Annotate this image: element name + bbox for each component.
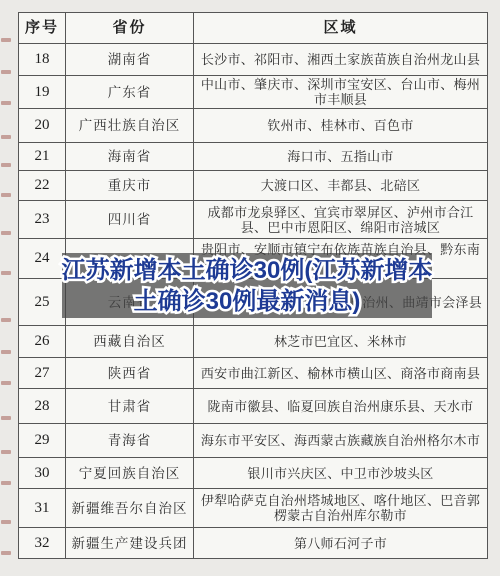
- seq-cell: 25: [19, 279, 66, 326]
- left-edge-mark: [1, 551, 11, 555]
- region-cell: 第八师石河子市: [194, 528, 488, 559]
- province-cell: 海南省: [66, 143, 194, 171]
- region-cell: 海东市平安区、海西蒙古族藏族自治州格尔木市: [194, 424, 488, 458]
- seq-cell: 27: [19, 358, 66, 389]
- table-row: 20广西壮族自治区钦州市、桂林市、百色市: [19, 109, 488, 143]
- left-edge-mark: [1, 271, 11, 275]
- left-edge-mark: [1, 193, 11, 197]
- table-row: 29青海省海东市平安区、海西蒙古族藏族自治州格尔木市: [19, 424, 488, 458]
- province-cell: 甘肃省: [66, 389, 194, 424]
- left-edge-mark: [1, 416, 11, 420]
- province-cell: 广西壮族自治区: [66, 109, 194, 143]
- seq-cell: 32: [19, 528, 66, 559]
- table-row: 30宁夏回族自治区银川市兴庆区、中卫市沙坡头区: [19, 458, 488, 489]
- region-cell: 钦州市、桂林市、百色市: [194, 109, 488, 143]
- region-cell: 银川市兴庆区、中卫市沙坡头区: [194, 458, 488, 489]
- province-cell: 广东省: [66, 76, 194, 109]
- table-row: 19广东省中山市、肇庆市、深圳市宝安区、台山市、梅州市丰顺县: [19, 76, 488, 109]
- seq-cell: 20: [19, 109, 66, 143]
- seq-cell: 31: [19, 489, 66, 528]
- headline-line2: 土确诊30例最新消息) 土确诊30例最新消息): [134, 286, 361, 317]
- province-cell: 陕西省: [66, 358, 194, 389]
- province-cell: 宁夏回族自治区: [66, 458, 194, 489]
- province-cell: 青海省: [66, 424, 194, 458]
- seq-cell: 29: [19, 424, 66, 458]
- left-edge-mark: [1, 70, 11, 74]
- table-row: 27陕西省西安市曲江新区、榆林市横山区、商洛市商南县: [19, 358, 488, 389]
- left-edge-mark: [1, 163, 11, 167]
- left-edge-mark: [1, 135, 11, 139]
- headline-overlay: 江苏新增本土确诊30例(江苏新增本 江苏新增本土确诊30例(江苏新增本 土确诊3…: [62, 253, 432, 318]
- table-row: 28甘肃省陇南市徽县、临夏回族自治州康乐县、天水市: [19, 389, 488, 424]
- seq-cell: 21: [19, 143, 66, 171]
- page-background: 序号 省份 区域 18湖南省长沙市、祁阳市、湘西土家族苗族自治州龙山县19广东省…: [0, 0, 500, 576]
- left-edge-mark: [1, 450, 11, 454]
- region-cell: 海口市、五指山市: [194, 143, 488, 171]
- seq-cell: 23: [19, 201, 66, 239]
- province-cell: 湖南省: [66, 44, 194, 76]
- col-header-region: 区域: [194, 13, 488, 44]
- province-cell: 西藏自治区: [66, 326, 194, 358]
- region-cell: 大渡口区、丰都县、北碚区: [194, 171, 488, 201]
- region-cell: 林芝市巴宜区、米林市: [194, 326, 488, 358]
- table-header-row: 序号 省份 区域: [19, 13, 488, 44]
- province-cell: 重庆市: [66, 171, 194, 201]
- region-cell: 伊犁哈萨克自治州塔城地区、喀什地区、巴音郭楞蒙古自治州库尔勒市: [194, 489, 488, 528]
- left-edge-mark: [1, 101, 11, 105]
- seq-cell: 24: [19, 239, 66, 279]
- region-cell: 长沙市、祁阳市、湘西土家族苗族自治州龙山县: [194, 44, 488, 76]
- table-row: 31新疆维吾尔自治区伊犁哈萨克自治州塔城地区、喀什地区、巴音郭楞蒙古自治州库尔勒…: [19, 489, 488, 528]
- left-edge-mark: [1, 350, 11, 354]
- left-edge-mark: [1, 520, 11, 524]
- left-edge-mark: [1, 318, 11, 322]
- col-header-seq: 序号: [19, 13, 66, 44]
- seq-cell: 18: [19, 44, 66, 76]
- left-edge-mark: [1, 38, 11, 42]
- left-edge-mark: [1, 381, 11, 385]
- table-row: 18湖南省长沙市、祁阳市、湘西土家族苗族自治州龙山县: [19, 44, 488, 76]
- region-cell: 中山市、肇庆市、深圳市宝安区、台山市、梅州市丰顺县: [194, 76, 488, 109]
- table-row: 26西藏自治区林芝市巴宜区、米林市: [19, 326, 488, 358]
- left-edge-mark: [1, 481, 11, 485]
- province-cell: 新疆生产建设兵团: [66, 528, 194, 559]
- region-cell: 陇南市徽县、临夏回族自治州康乐县、天水市: [194, 389, 488, 424]
- region-cell: 成都市龙泉驿区、宜宾市翠屏区、泸州市合江县、巴中市恩阳区、绵阳市涪城区: [194, 201, 488, 239]
- left-edge-mark: [1, 231, 11, 235]
- province-cell: 四川省: [66, 201, 194, 239]
- seq-cell: 22: [19, 171, 66, 201]
- seq-cell: 26: [19, 326, 66, 358]
- table-row: 21海南省海口市、五指山市: [19, 143, 488, 171]
- seq-cell: 19: [19, 76, 66, 109]
- table-row: 22重庆市大渡口区、丰都县、北碚区: [19, 171, 488, 201]
- headline-line1: 江苏新增本土确诊30例(江苏新增本 江苏新增本土确诊30例(江苏新增本: [62, 255, 433, 286]
- table-row: 32新疆生产建设兵团第八师石河子市: [19, 528, 488, 559]
- seq-cell: 28: [19, 389, 66, 424]
- table-row: 23四川省成都市龙泉驿区、宜宾市翠屏区、泸州市合江县、巴中市恩阳区、绵阳市涪城区: [19, 201, 488, 239]
- col-header-province: 省份: [66, 13, 194, 44]
- province-cell: 新疆维吾尔自治区: [66, 489, 194, 528]
- seq-cell: 30: [19, 458, 66, 489]
- region-cell: 西安市曲江新区、榆林市横山区、商洛市商南县: [194, 358, 488, 389]
